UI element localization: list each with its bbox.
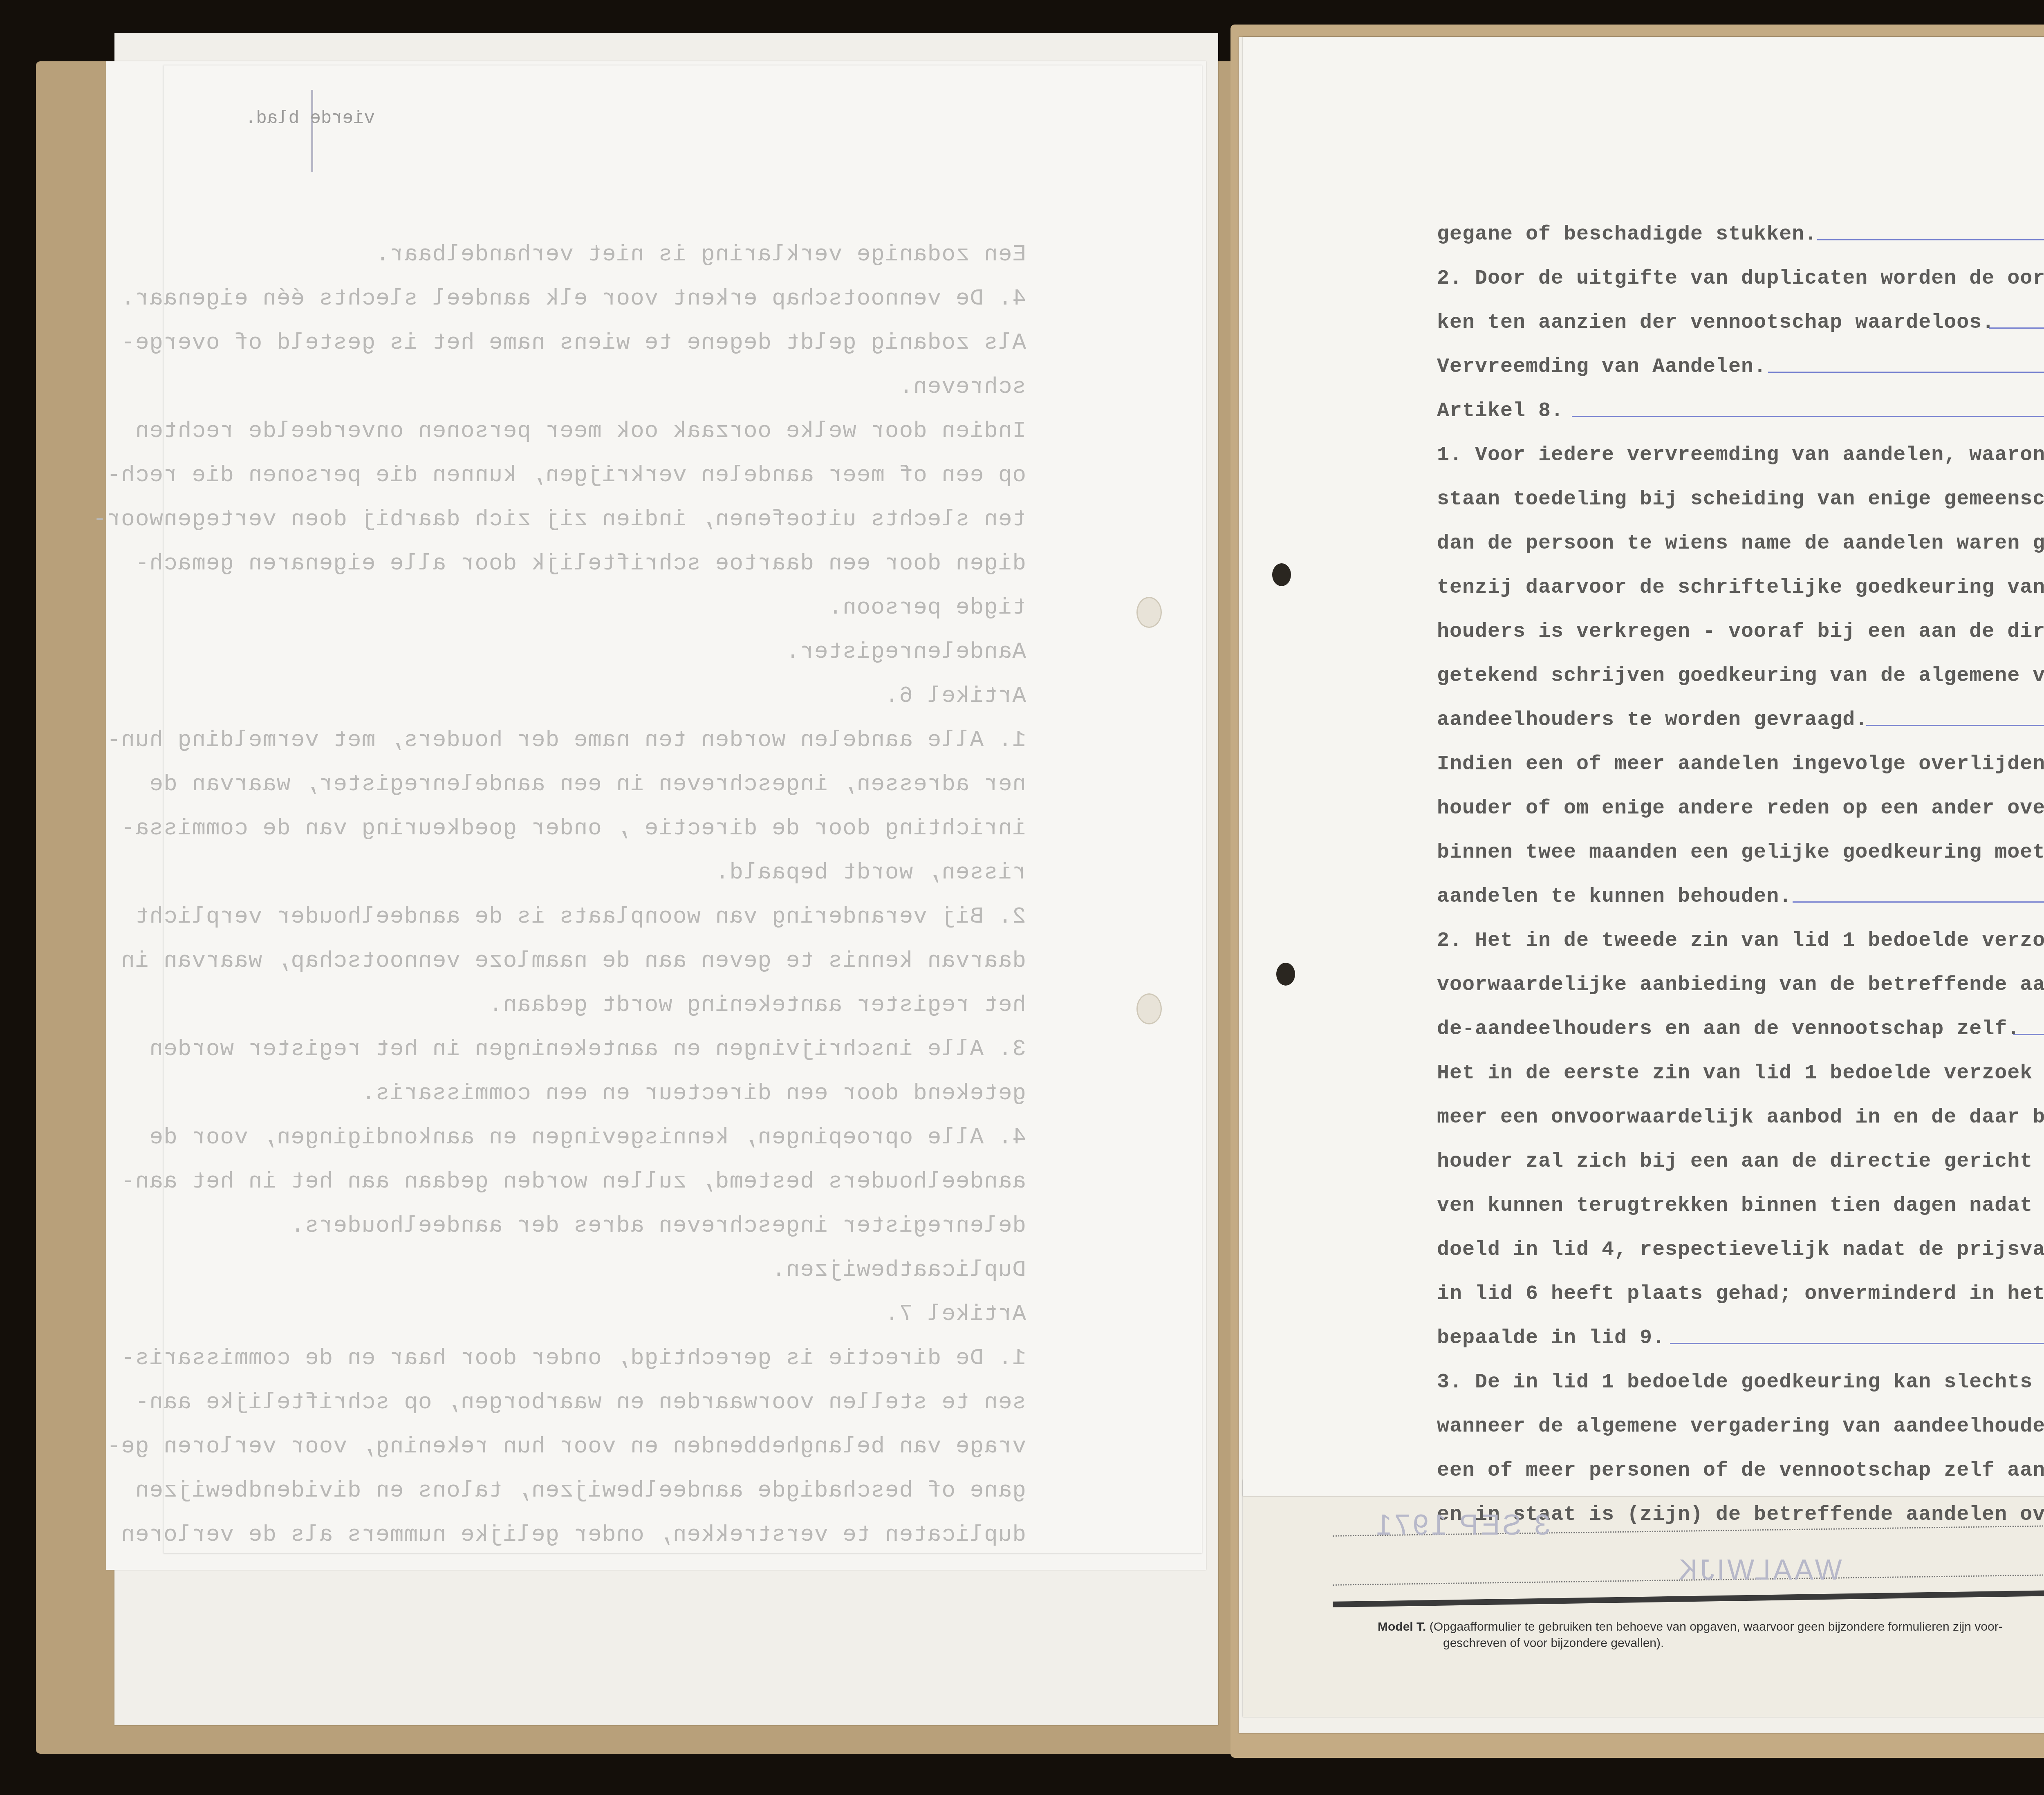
- right-text-line: tenzij daarvoor de schriftelijke goedkeu…: [1437, 576, 2044, 599]
- right-text-line: wanneer de algemene vergadering van aand…: [1437, 1415, 2044, 1438]
- left-signature-mark: [311, 90, 313, 172]
- punch-hole-icon: [1272, 563, 1291, 586]
- left-text-line: rissen, wordt bepaald.: [192, 859, 1026, 885]
- right-text-line: doeld in lid 4, respectievelijk nadat de…: [1437, 1238, 2044, 1262]
- right-text-line: binnen twee maanden een gelijke goedkeur…: [1437, 841, 2044, 864]
- right-text-line: ken ten aanzien der vennootschap waardel…: [1437, 311, 1995, 334]
- pen-fill-line: [1670, 1343, 2044, 1344]
- right-text-line: bepaalde in lid 9.: [1437, 1327, 1665, 1350]
- right-text-line: houder of om enige andere reden op een a…: [1437, 797, 2044, 820]
- right-text-line: een of meer personen of de vennootschap …: [1437, 1459, 2044, 1482]
- right-text-line: 2. Het in de tweede zin van lid 1 bedoel…: [1437, 929, 2044, 952]
- stamp-date: 3 SEP 1971: [1374, 1508, 1550, 1541]
- left-text-line: 4. De vennootschap erkent voor elk aande…: [192, 285, 1026, 311]
- left-text-line: 1. De directie is gerechtigd, onder door…: [192, 1345, 1026, 1371]
- right-text-line: 3. De in lid 1 bedoelde goedkeuring kan …: [1437, 1371, 2044, 1394]
- form-model-caption: Model T. (Opgaafformulier te gebruiken t…: [1378, 1619, 2044, 1652]
- right-text-line: aandeelhouders te worden gevraagd.: [1437, 708, 1868, 732]
- left-text-line: gane of beschadigde aandeelbewijzen, tal…: [192, 1477, 1026, 1504]
- left-text-line: delenregister ingeschreven adres der aan…: [192, 1212, 1026, 1239]
- left-text-line: Artikel 6.: [192, 683, 1026, 709]
- model-text-continued: geschreven of voor bijzondere gevallen).: [1378, 1635, 2044, 1652]
- right-text-line: gegane of beschadigde stukken.: [1437, 223, 1817, 246]
- pen-fill-line: [1572, 416, 2044, 417]
- left-text-line: op een of meer aandelen verkrijgen, kunn…: [192, 462, 1026, 488]
- left-text-line: 2. Bij verandering van woonplaats is de …: [192, 903, 1026, 930]
- right-text-line: houder zal zich bij een aan de directie …: [1437, 1150, 2044, 1173]
- left-text-line: sen te stellen voorwaarden en waarborgen…: [192, 1389, 1026, 1415]
- model-label: Model T.: [1378, 1620, 1426, 1634]
- right-text-line: houders is verkregen - vooraf bij een aa…: [1437, 620, 2044, 643]
- pen-fill-line: [2013, 1034, 2044, 1035]
- left-text-line: aandeelhouders bestemd, zullen worden ge…: [192, 1168, 1026, 1194]
- left-text-line: ten slechts uitoefenen, indien zij zich …: [192, 506, 1026, 532]
- model-text: (Opgaafformulier te gebruiken ten behoev…: [1430, 1620, 2003, 1634]
- right-text-line: in lid 6 heeft plaats gehad; onverminder…: [1437, 1282, 2044, 1306]
- right-text-line: getekend schrijven goedkeuring van de al…: [1437, 664, 2044, 688]
- right-text-line: 1. Voor iedere vervreemding van aandelen…: [1437, 444, 2044, 467]
- left-text-line: schreven.: [192, 374, 1026, 400]
- punch-hole-icon: [1136, 597, 1162, 628]
- stamp-place: WAALWIJK: [1676, 1553, 1842, 1586]
- right-text-line: aandelen te kunnen behouden.: [1437, 885, 1792, 908]
- left-text-line: tigde persoon.: [192, 594, 1026, 621]
- left-text-line: Aandelenregister.: [192, 639, 1026, 665]
- left-text-line: Als zodanig geldt degene te wiens name h…: [192, 329, 1026, 356]
- punch-hole-icon: [1276, 963, 1295, 986]
- left-text-line: het register aantekening wordt gedaan.: [192, 992, 1026, 1018]
- pen-fill-line: [1768, 372, 2044, 373]
- left-text-line: Duplicaatbewijzen.: [192, 1257, 1026, 1283]
- left-page-header: vierde blad.: [245, 108, 375, 129]
- left-text-line: digen door een daartoe schriftelijk door…: [192, 550, 1026, 576]
- left-text-line: Een zodanige verklaring is niet verhande…: [192, 241, 1026, 267]
- pen-fill-line: [1793, 901, 2044, 903]
- right-text-line: Indien een of meer aandelen ingevolge ov…: [1437, 753, 2044, 776]
- right-text-line: de-aandeelhouders en aan de vennootschap…: [1437, 1017, 2020, 1041]
- pen-fill-line: [1989, 327, 2044, 329]
- right-text-line: Artikel 8.: [1437, 399, 1564, 423]
- left-text-line: duplicaten te verstrekken, onder gelijke…: [192, 1522, 1026, 1548]
- left-text-line: daarvan kennis te geven aan de naamloze …: [192, 948, 1026, 974]
- right-text-line: Vervreemding van Aandelen.: [1437, 355, 1766, 379]
- right-text-line: voorwaardelijke aanbieding van de betref…: [1437, 973, 2044, 997]
- left-text-line: getekend door een directeur en een commi…: [192, 1080, 1026, 1106]
- right-text-line: Het in de eerste zin van lid 1 bedoelde …: [1437, 1062, 2044, 1085]
- left-text-line: 1. Alle aandelen worden ten name der hou…: [192, 727, 1026, 753]
- right-text-line: ven kunnen terugtrekken binnen tien dage…: [1437, 1194, 2044, 1217]
- pen-fill-line: [1817, 239, 2044, 240]
- left-text-line: Indien door welke oorzaak ook meer perso…: [192, 418, 1026, 444]
- right-text-line: staan toedeling bij scheiding van enige …: [1437, 488, 2044, 511]
- left-text-line: 3. Alle inschrijvingen en aantekeningen …: [192, 1036, 1026, 1062]
- right-text-line: meer een onvoorwaardelijk aanbod in en d…: [1437, 1106, 2044, 1129]
- left-text-line: Artikel 7.: [192, 1301, 1026, 1327]
- left-text-line: 4. Alle oproepingen, kennisgevingen en a…: [192, 1124, 1026, 1150]
- left-text-line: vrage van belanghebbenden en voor hun re…: [192, 1433, 1026, 1459]
- pen-fill-line: [1866, 725, 2044, 726]
- left-text-line: ner adressen, ingeschreven in een aandel…: [192, 771, 1026, 797]
- right-text-line: 2. Door de uitgifte van duplicaten worde…: [1437, 267, 2044, 290]
- punch-hole-icon: [1136, 993, 1162, 1024]
- left-text-line: inrichting door de directie , onder goed…: [192, 815, 1026, 841]
- right-text-line: dan de persoon te wiens name de aandelen…: [1437, 532, 2044, 555]
